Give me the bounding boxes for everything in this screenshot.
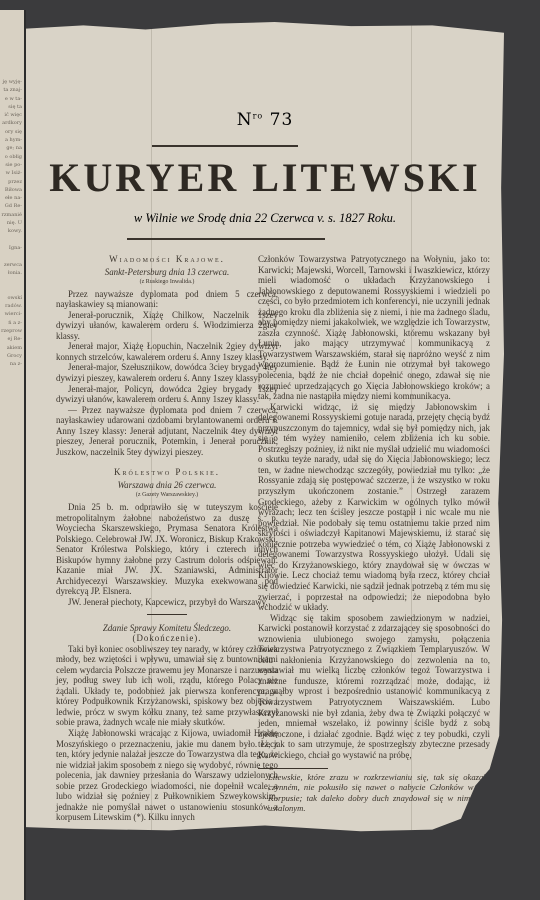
previous-page-line: Biłowa bbox=[0, 186, 24, 194]
previous-page-line bbox=[0, 285, 24, 293]
footnote-rule bbox=[258, 768, 328, 769]
footnote-continuation: Litewskie, które zrazu w rozkrzewianiu s… bbox=[258, 772, 490, 813]
dateline: w Wilnie we Srodę dnia 22 Czerwca v. s. … bbox=[26, 211, 504, 226]
section-source: (z Ruskiego Inwalida.) bbox=[56, 277, 278, 288]
previous-page-line: ić więc bbox=[0, 111, 24, 119]
paragraph: Taki był koniec osobliwszey tey narady, … bbox=[56, 644, 278, 728]
section-heading: Królestwo Polskie. bbox=[56, 467, 278, 478]
issue-number-value: 73 bbox=[270, 110, 294, 130]
previous-page-line: Grocy bbox=[0, 352, 24, 360]
section-place: Sankt-Petersburg dnia 13 czerwca. bbox=[56, 267, 278, 278]
previous-page-line: się ta bbox=[0, 103, 24, 111]
previous-page-line: na z- bbox=[0, 360, 24, 368]
newspaper-title: KURYER LITEWSKI bbox=[26, 154, 504, 201]
previous-page-line: a hym- bbox=[0, 136, 24, 144]
paragraph: Jenerał-porucznik, Xiążę Chilkow, Naczel… bbox=[56, 310, 278, 342]
issue-prefix: N bbox=[237, 110, 253, 130]
article-title: Zdanie Sprawy Komitetu Śledczego. bbox=[56, 623, 278, 634]
previous-page-line: ję wyję- bbox=[0, 78, 24, 86]
previous-page-line bbox=[0, 252, 24, 260]
paragraph: Dnia 25 b. m. odprawiło się w tuteyszym … bbox=[56, 502, 278, 597]
paragraph: — Przez nayważsze dyplomata pod dniem 7 … bbox=[56, 405, 278, 458]
section-heading: Wiadomości Krajowe. bbox=[56, 254, 278, 265]
right-column: Członków Towarzystwa Patryotycznego na W… bbox=[258, 254, 490, 813]
masthead-rule-top bbox=[152, 145, 298, 147]
paragraph: Jenerał-major, Policyn, dowódca 2giey br… bbox=[56, 384, 278, 405]
previous-page-line: zerwca bbox=[0, 261, 24, 269]
article-subtitle: (Dokończenie). bbox=[56, 633, 278, 644]
previous-page-line bbox=[0, 277, 24, 285]
previous-page-line: rzeprow bbox=[0, 327, 24, 335]
previous-page-line: Igna- bbox=[0, 244, 24, 252]
previous-page-line: nię. U bbox=[0, 219, 24, 227]
previous-page-line: przez bbox=[0, 178, 24, 186]
left-column: Wiadomości Krajowe. Sankt-Petersburg dni… bbox=[56, 254, 278, 845]
previous-page-line: ń a z- bbox=[0, 319, 24, 327]
previous-page-line: owskí bbox=[0, 294, 24, 302]
previous-page-line: akiem bbox=[0, 344, 24, 352]
previous-page-line: łonia. bbox=[0, 269, 24, 277]
previous-page-text: ję wyję-ta znaj-e w ta-się taić więcardk… bbox=[0, 10, 24, 368]
previous-page-line: o obłig bbox=[0, 153, 24, 161]
previous-page-line: ej Re- bbox=[0, 335, 24, 343]
previous-page-line bbox=[0, 236, 24, 244]
section-place: Warszawa dnia 26 czerwca. bbox=[56, 480, 278, 491]
previous-page-edge: ję wyję-ta znaj-e w ta-się taić więcardk… bbox=[0, 10, 26, 900]
previous-page-line: e w ta- bbox=[0, 95, 24, 103]
footnote: (*) Rzeczą jest uwagi godną, że Towarzys… bbox=[56, 835, 278, 846]
previous-page-line: rzmanié bbox=[0, 211, 24, 219]
paragraph: Xiążę Jabłonowski wracając z Kijowa, uwi… bbox=[56, 728, 278, 823]
footnote-rule bbox=[56, 831, 126, 832]
newspaper-page: Nro 73 KURYER LITEWSKI w Wilnie we Srodę… bbox=[26, 22, 504, 852]
previous-page-line: wierci- bbox=[0, 310, 24, 318]
previous-page-line: ory się bbox=[0, 128, 24, 136]
paragraph: Widząc się takim sposobem zawiedzionym w… bbox=[258, 613, 490, 761]
paragraph: Członków Towarzystwa Patryotycznego na W… bbox=[258, 254, 490, 402]
previous-page-line: ełe na- bbox=[0, 194, 24, 202]
masthead-rule-bottom bbox=[127, 238, 325, 240]
issue-number: Nro 73 bbox=[26, 110, 504, 130]
previous-page-line: Gd Re- bbox=[0, 202, 24, 210]
previous-page-line: w Isiż- bbox=[0, 169, 24, 177]
issue-sup: ro bbox=[253, 111, 264, 120]
previous-page-line: kowy. bbox=[0, 227, 24, 235]
previous-page-line: ta znaj- bbox=[0, 86, 24, 94]
previous-page-line: radów. bbox=[0, 302, 24, 310]
paragraph: Przez nayważsze dyplomata pod dniem 5 cz… bbox=[56, 289, 278, 310]
paragraph: Jenerał-major, Szełusznikow, dowódca 3ci… bbox=[56, 362, 278, 383]
previous-page-line: ardkory bbox=[0, 119, 24, 127]
paragraph: Karwicki widząc, iż się między Jabłonows… bbox=[258, 402, 490, 613]
previous-page-line: sie po- bbox=[0, 161, 24, 169]
previous-page-line: ge; na bbox=[0, 144, 24, 152]
section-source: (z Gazety Warszawskiey.) bbox=[56, 490, 278, 501]
paragraph: Jenerał major, Xiążę Łopuchin, Naczelnik… bbox=[56, 341, 278, 362]
paragraph: JW. Jenerał piechoty, Kapcewicz, przybył… bbox=[56, 597, 278, 608]
section-divider bbox=[147, 614, 187, 615]
